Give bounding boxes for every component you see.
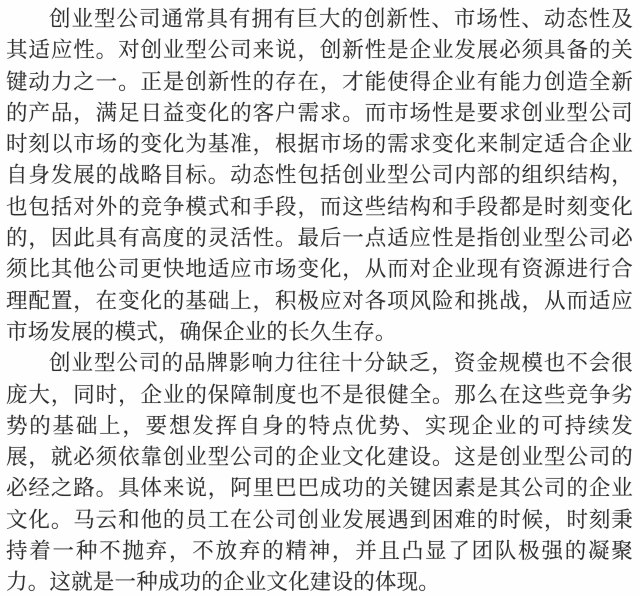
scanned-document-page: 创业型公司通常具有拥有巨大的创新性、市场性、动态性及其适应性。对创业型公司来说，… (0, 0, 640, 597)
paragraph-company-traits: 创业型公司通常具有拥有巨大的创新性、市场性、动态性及其适应性。对创业型公司来说，… (6, 4, 633, 348)
paragraph-corporate-culture: 创业型公司的品牌影响力往往十分缺乏，资金规模也不会很庞大，同时，企业的保障制度也… (6, 348, 633, 597)
